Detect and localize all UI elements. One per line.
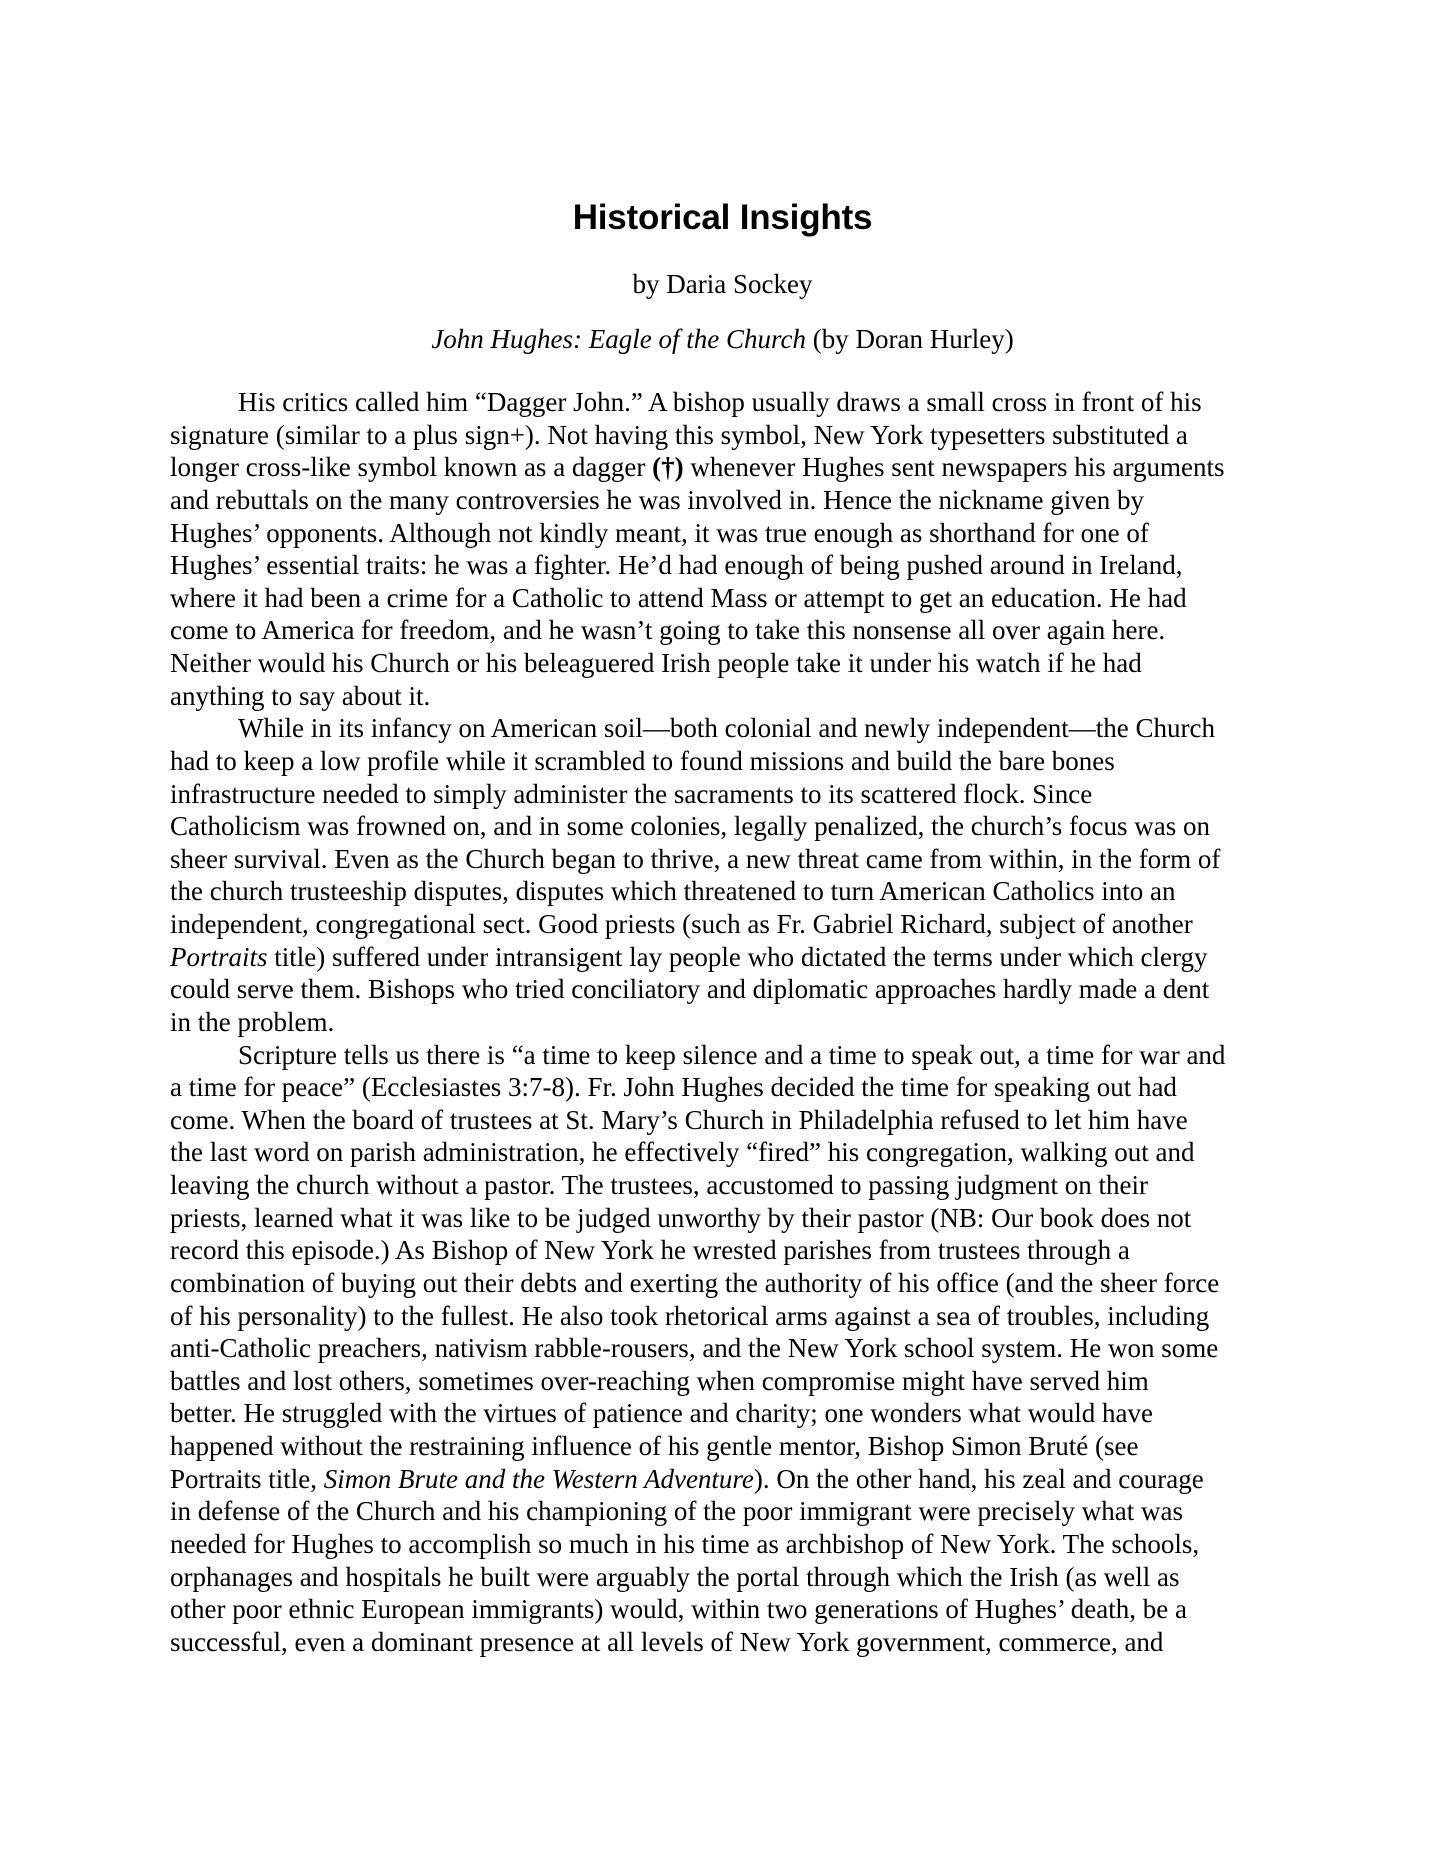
italic-title: Simon Brute and the Western Adventure (324, 1464, 754, 1494)
text-segment: Hughes’ opponents. Although not kindly m… (170, 518, 1149, 548)
text-line: orphanages and hospitals he built were a… (170, 1561, 1280, 1594)
book-title: John Hughes: Eagle of the Church (431, 324, 806, 354)
text-segment: independent, congregational sect. Good p… (170, 909, 1193, 939)
text-segment: and rebuttals on the many controversies … (170, 485, 1144, 515)
text-line: needed for Hughes to accomplish so much … (170, 1528, 1280, 1561)
text-line: successful, even a dominant presence at … (170, 1626, 1280, 1659)
text-segment: Portraits title, (170, 1464, 324, 1494)
text-segment: where it had been a crime for a Catholic… (170, 583, 1187, 613)
text-line: could serve them. Bishops who tried conc… (170, 973, 1280, 1006)
author-byline: by Daria Sockey (0, 268, 1445, 300)
text-segment: priests, learned what it was like to be … (170, 1203, 1191, 1233)
text-line: other poor ethnic European immigrants) w… (170, 1593, 1280, 1626)
text-segment: other poor ethnic European immigrants) w… (170, 1594, 1187, 1624)
italic-title: Portraits (170, 942, 268, 972)
text-segment: the church trusteeship disputes, dispute… (170, 876, 1176, 906)
text-line: priests, learned what it was like to be … (170, 1202, 1280, 1235)
text-line: had to keep a low profile while it scram… (170, 745, 1280, 778)
text-line: infrastructure needed to simply administ… (170, 778, 1280, 811)
text-line: of his personality) to the fullest. He a… (170, 1300, 1280, 1333)
text-segment: of his personality) to the fullest. He a… (170, 1301, 1209, 1331)
text-line: longer cross-like symbol known as a dagg… (170, 451, 1280, 484)
text-line: a time for peace” (Ecclesiastes 3:7-8). … (170, 1071, 1280, 1104)
text-segment: Catholicism was frowned on, and in some … (170, 811, 1210, 841)
text-line: Catholicism was frowned on, and in some … (170, 810, 1280, 843)
text-segment: record this episode.) As Bishop of New Y… (170, 1235, 1130, 1265)
text-line: in defense of the Church and his champio… (170, 1495, 1280, 1528)
text-line: signature (similar to a plus sign+). Not… (170, 419, 1280, 452)
text-segment: sheer survival. Even as the Church began… (170, 844, 1220, 874)
text-line: record this episode.) As Bishop of New Y… (170, 1234, 1280, 1267)
text-segment: come to America for freedom, and he wasn… (170, 615, 1165, 645)
text-segment: infrastructure needed to simply administ… (170, 779, 1092, 809)
text-segment: While in its infancy on American soil—bo… (238, 713, 1215, 743)
book-reference: John Hughes: Eagle of the Church (by Dor… (0, 323, 1445, 355)
text-segment: longer cross-like symbol known as a dagg… (170, 452, 652, 482)
text-line: battles and lost others, sometimes over-… (170, 1365, 1280, 1398)
text-line: Neither would his Church or his beleague… (170, 647, 1280, 680)
text-segment: had to keep a low profile while it scram… (170, 746, 1115, 776)
text-line: While in its infancy on American soil—bo… (170, 712, 1280, 745)
text-segment: anything to say about it. (170, 681, 430, 711)
text-segment: Neither would his Church or his beleague… (170, 648, 1142, 678)
text-line: sheer survival. Even as the Church began… (170, 843, 1280, 876)
text-segment: could serve them. Bishops who tried conc… (170, 974, 1209, 1004)
text-segment: come. When the board of trustees at St. … (170, 1105, 1188, 1135)
text-segment: Hughes’ essential traits: he was a fight… (170, 550, 1182, 580)
text-segment: successful, even a dominant presence at … (170, 1627, 1163, 1657)
text-line: the last word on parish administration, … (170, 1136, 1280, 1169)
text-segment: needed for Hughes to accomplish so much … (170, 1529, 1199, 1559)
document-page: Historical Insights by Daria Sockey John… (0, 0, 1445, 1870)
text-segment: anti-Catholic preachers, nativism rabble… (170, 1333, 1218, 1363)
text-line: anything to say about it. (170, 680, 1280, 713)
text-segment: combination of buying out their debts an… (170, 1268, 1219, 1298)
dagger-symbol: (†) (652, 452, 683, 482)
text-line: combination of buying out their debts an… (170, 1267, 1280, 1300)
text-line: where it had been a crime for a Catholic… (170, 582, 1280, 615)
text-segment: happened without the restraining influen… (170, 1431, 1138, 1461)
text-segment: orphanages and hospitals he built were a… (170, 1562, 1179, 1592)
text-line: the church trusteeship disputes, dispute… (170, 875, 1280, 908)
text-segment: title) suffered under intransigent lay p… (268, 942, 1208, 972)
text-line: happened without the restraining influen… (170, 1430, 1280, 1463)
text-segment: His critics called him “Dagger John.” A … (238, 387, 1202, 417)
text-line: and rebuttals on the many controversies … (170, 484, 1280, 517)
text-segment: signature (similar to a plus sign+). Not… (170, 420, 1188, 450)
text-line: better. He struggled with the virtues of… (170, 1397, 1280, 1430)
text-segment: in the problem. (170, 1007, 334, 1037)
page-title: Historical Insights (0, 198, 1445, 238)
text-segment: in defense of the Church and his champio… (170, 1496, 1183, 1526)
text-line: Hughes’ essential traits: he was a fight… (170, 549, 1280, 582)
text-line: His critics called him “Dagger John.” A … (170, 386, 1280, 419)
book-author: (by Doran Hurley) (806, 324, 1014, 354)
text-segment: a time for peace” (Ecclesiastes 3:7-8). … (170, 1072, 1177, 1102)
text-line: independent, congregational sect. Good p… (170, 908, 1280, 941)
text-segment: battles and lost others, sometimes over-… (170, 1366, 1149, 1396)
text-line: Scripture tells us there is “a time to k… (170, 1039, 1280, 1072)
text-segment: ). On the other hand, his zeal and coura… (754, 1464, 1204, 1494)
text-segment: Scripture tells us there is “a time to k… (238, 1040, 1225, 1070)
text-line: leaving the church without a pastor. The… (170, 1169, 1280, 1202)
text-line: Portraits title, Simon Brute and the Wes… (170, 1463, 1280, 1496)
text-line: come to America for freedom, and he wasn… (170, 614, 1280, 647)
text-line: Hughes’ opponents. Although not kindly m… (170, 517, 1280, 550)
text-segment: whenever Hughes sent newspapers his argu… (684, 452, 1225, 482)
text-segment: better. He struggled with the virtues of… (170, 1398, 1153, 1428)
text-segment: leaving the church without a pastor. The… (170, 1170, 1148, 1200)
text-line: anti-Catholic preachers, nativism rabble… (170, 1332, 1280, 1365)
text-line: come. When the board of trustees at St. … (170, 1104, 1280, 1137)
text-line: Portraits title) suffered under intransi… (170, 941, 1280, 974)
text-line: in the problem. (170, 1006, 1280, 1039)
article-body: His critics called him “Dagger John.” A … (170, 386, 1280, 1658)
text-segment: the last word on parish administration, … (170, 1137, 1194, 1167)
